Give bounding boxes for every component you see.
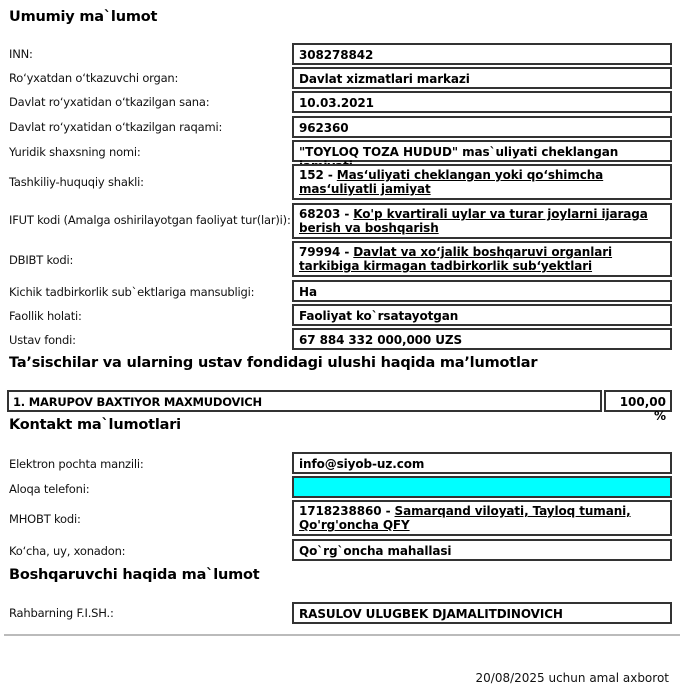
- email-value: info@siyob-uz.com: [292, 452, 672, 474]
- mhobt-value: 1718238860 - Samarqand viloyati, Tayloq …: [292, 500, 672, 536]
- section-title-founders: Ta’sischilar va ularning ustav fondidagi…: [9, 355, 537, 371]
- legal-form-label: Tashkiliy-huquqiy shakli:: [9, 175, 144, 189]
- registrar-label: Ro‘yxatdan o‘tkazuvchi organ:: [9, 71, 178, 85]
- founder-name: 1. MARUPOV BAXTIYOR MAXMUDOVICH: [7, 390, 602, 412]
- legal-name-value: "TOYLOQ TOZA HUDUD" mas`uliyati cheklang…: [292, 140, 672, 162]
- dbibt-label: DBIBT kodi:: [9, 253, 73, 267]
- ifut-code: 68203 -: [299, 207, 353, 221]
- section-title-general: Umumiy ma`lumot: [9, 9, 157, 25]
- divider: [4, 634, 680, 636]
- registrar-value: Davlat xizmatlari markazi: [292, 67, 672, 89]
- mhobt-label: MHOBT kodi:: [9, 512, 81, 526]
- street-label: Ko‘cha, uy, xonadon:: [9, 544, 125, 558]
- small-business-value: Ha: [292, 280, 672, 302]
- dbibt-code: 79994 -: [299, 245, 353, 259]
- head-label: Rahbarning F.I.SH.:: [9, 606, 114, 620]
- legal-form-link[interactable]: Mas‘uliyati cheklangan yoki qo‘shimcha m…: [299, 168, 603, 196]
- ifut-label: IFUT kodi (Amalga oshirilayotgan faoliya…: [9, 213, 291, 227]
- phone-value: [292, 476, 672, 498]
- section-title-manager: Boshqaruvchi haqida ma`lumot: [9, 567, 260, 583]
- email-label: Elektron pochta manzili:: [9, 457, 144, 471]
- legal-form-value: 152 - Mas‘uliyati cheklangan yoki qo‘shi…: [292, 164, 672, 200]
- inn-value: 308278842: [292, 43, 672, 65]
- street-value: Qo`rg`oncha mahallasi: [292, 539, 672, 561]
- status-label: Faollik holati:: [9, 309, 82, 323]
- capital-value: 67 884 332 000,000 UZS: [292, 328, 672, 350]
- reg-number-label: Davlat ro‘yxatidan o‘tkazilgan raqami:: [9, 120, 222, 134]
- section-title-contact: Kontakt ma`lumotlari: [9, 417, 181, 433]
- ifut-value: 68203 - Ko'p kvartirali uylar va turar j…: [292, 203, 672, 239]
- dbibt-value: 79994 - Davlat va xo‘jalik boshqaruvi or…: [292, 241, 672, 277]
- reg-number-value: 962360: [292, 116, 672, 138]
- reg-date-label: Davlat ro‘yxatidan o‘tkazilgan sana:: [9, 95, 209, 109]
- reg-date-value: 10.03.2021: [292, 91, 672, 113]
- inn-label: INN:: [9, 47, 33, 61]
- founder-share: 100,00 %: [604, 390, 672, 412]
- mhobt-code: 1718238860 -: [299, 504, 395, 518]
- phone-label: Aloqa telefoni:: [9, 482, 89, 496]
- footer-note: 20/08/2025 uchun amal axborot: [476, 671, 670, 685]
- legal-form-code: 152 -: [299, 168, 337, 182]
- legal-name-label: Yuridik shaxsning nomi:: [9, 145, 141, 159]
- capital-label: Ustav fondi:: [9, 333, 76, 347]
- small-business-label: Kichik tadbirkorlik sub`ektlariga mansub…: [9, 285, 254, 299]
- status-value: Faoliyat ko`rsatayotgan: [292, 304, 672, 326]
- head-value: RASULOV ULUGBEK DJAMALITDINOVICH: [292, 602, 672, 624]
